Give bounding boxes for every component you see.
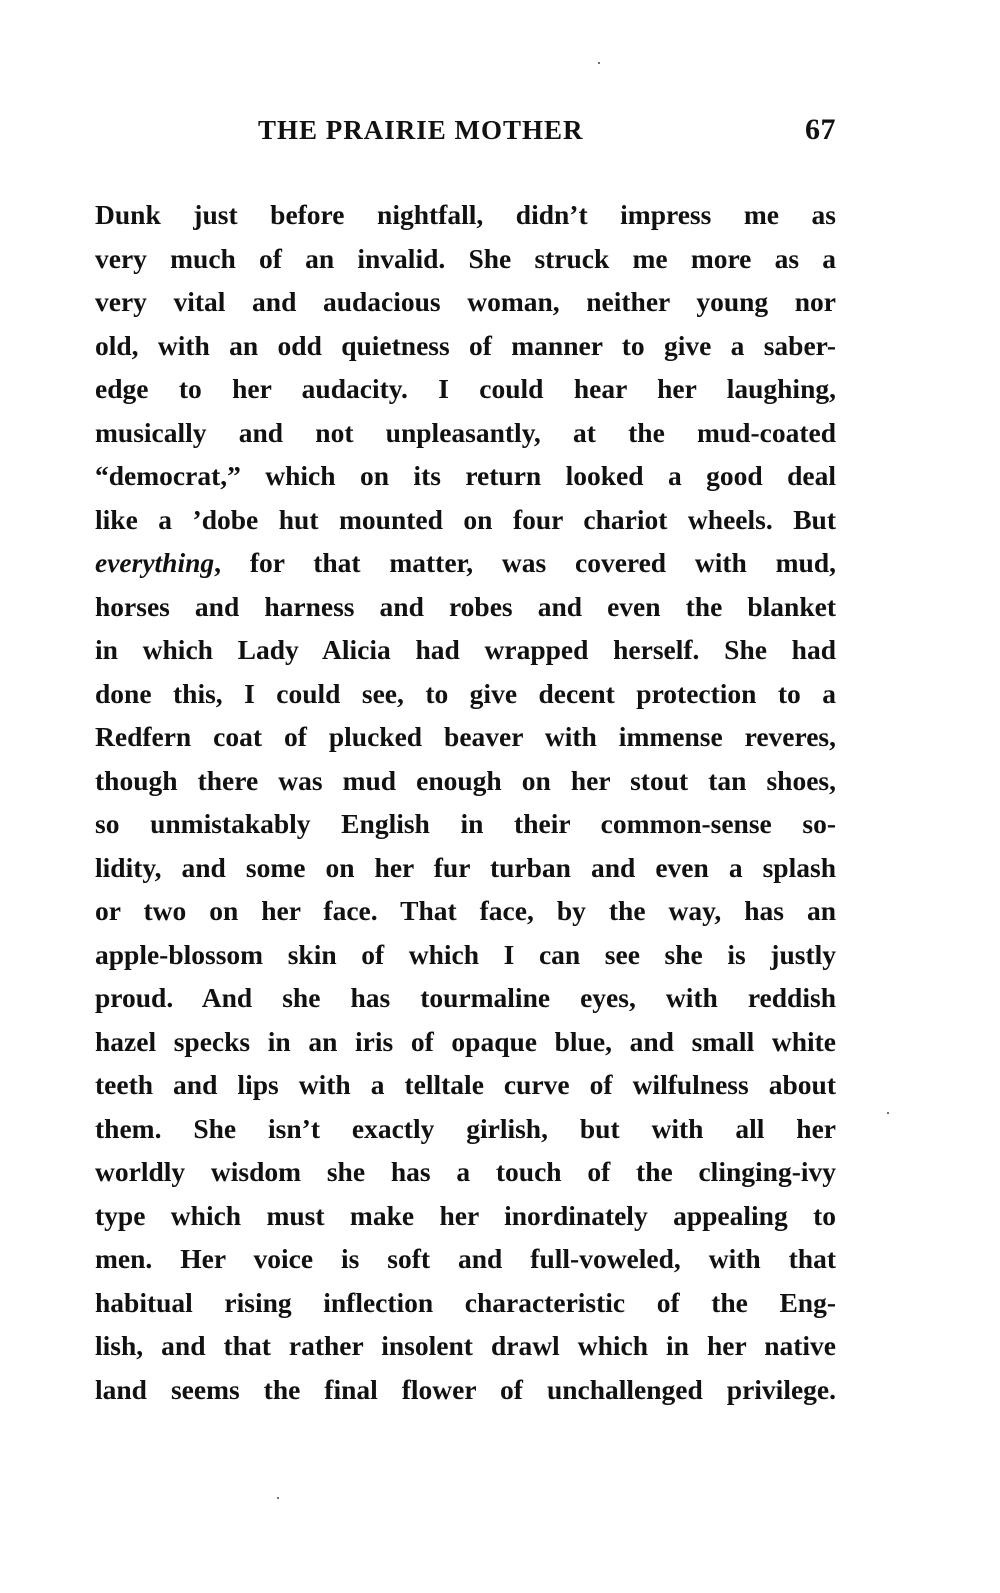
text-line-rest: , for that matter, was covered with mud,: [214, 547, 836, 578]
text-line: Dunk just before nightfall, didn’t impre…: [95, 193, 836, 237]
text-line: very vital and audacious woman, neither …: [95, 280, 836, 324]
text-line: apple-blossom skin of which I can see sh…: [95, 933, 836, 977]
page-number: 67: [805, 113, 836, 147]
text-line: type which must make her inordinately ap…: [95, 1194, 836, 1238]
text-line: everything, for that matter, was covered…: [95, 541, 836, 585]
scan-speck: [598, 62, 600, 64]
body-text: Dunk just before nightfall, didn’t impre…: [95, 193, 836, 1411]
text-line: old, with an odd quietness of manner to …: [95, 324, 836, 368]
scan-speck: [887, 1112, 889, 1114]
text-line: habitual rising inflection characteristi…: [95, 1281, 836, 1325]
text-line: musically and not unpleasantly, at the m…: [95, 411, 836, 455]
text-line: in which Lady Alicia had wrapped herself…: [95, 628, 836, 672]
running-header: THE PRAIRIE MOTHER 67: [258, 113, 836, 153]
text-line: hazel specks in an iris of opaque blue, …: [95, 1020, 836, 1064]
text-line: proud. And she has tourmaline eyes, with…: [95, 976, 836, 1020]
text-line: worldly wisdom she has a touch of the cl…: [95, 1150, 836, 1194]
text-line: lidity, and some on her fur turban and e…: [95, 846, 836, 890]
text-line: Redfern coat of plucked beaver with imme…: [95, 715, 836, 759]
text-line: so unmistakably English in their common-…: [95, 802, 836, 846]
text-line: land seems the final flower of unchallen…: [95, 1368, 836, 1412]
scan-speck: [277, 1497, 279, 1499]
text-line: horses and harness and robes and even th…: [95, 585, 836, 629]
text-line: them. She isn’t exactly girlish, but wit…: [95, 1107, 836, 1151]
book-page: THE PRAIRIE MOTHER 67 Dunk just before n…: [0, 0, 1000, 1593]
italic-emphasis: everything: [95, 547, 214, 578]
text-line: edge to her audacity. I could hear her l…: [95, 367, 836, 411]
text-line: done this, I could see, to give decent p…: [95, 672, 836, 716]
text-line: or two on her face. That face, by the wa…: [95, 889, 836, 933]
text-line: men. Her voice is soft and full-voweled,…: [95, 1237, 836, 1281]
text-line: though there was mud enough on her stout…: [95, 759, 836, 803]
text-line: very much of an invalid. She struck me m…: [95, 237, 836, 281]
text-line: “democrat,” which on its return looked a…: [95, 454, 836, 498]
text-line: teeth and lips with a telltale curve of …: [95, 1063, 836, 1107]
text-line: like a ’dobe hut mounted on four chariot…: [95, 498, 836, 542]
running-title: THE PRAIRIE MOTHER: [258, 115, 584, 146]
text-line: lish, and that rather insolent drawl whi…: [95, 1324, 836, 1368]
